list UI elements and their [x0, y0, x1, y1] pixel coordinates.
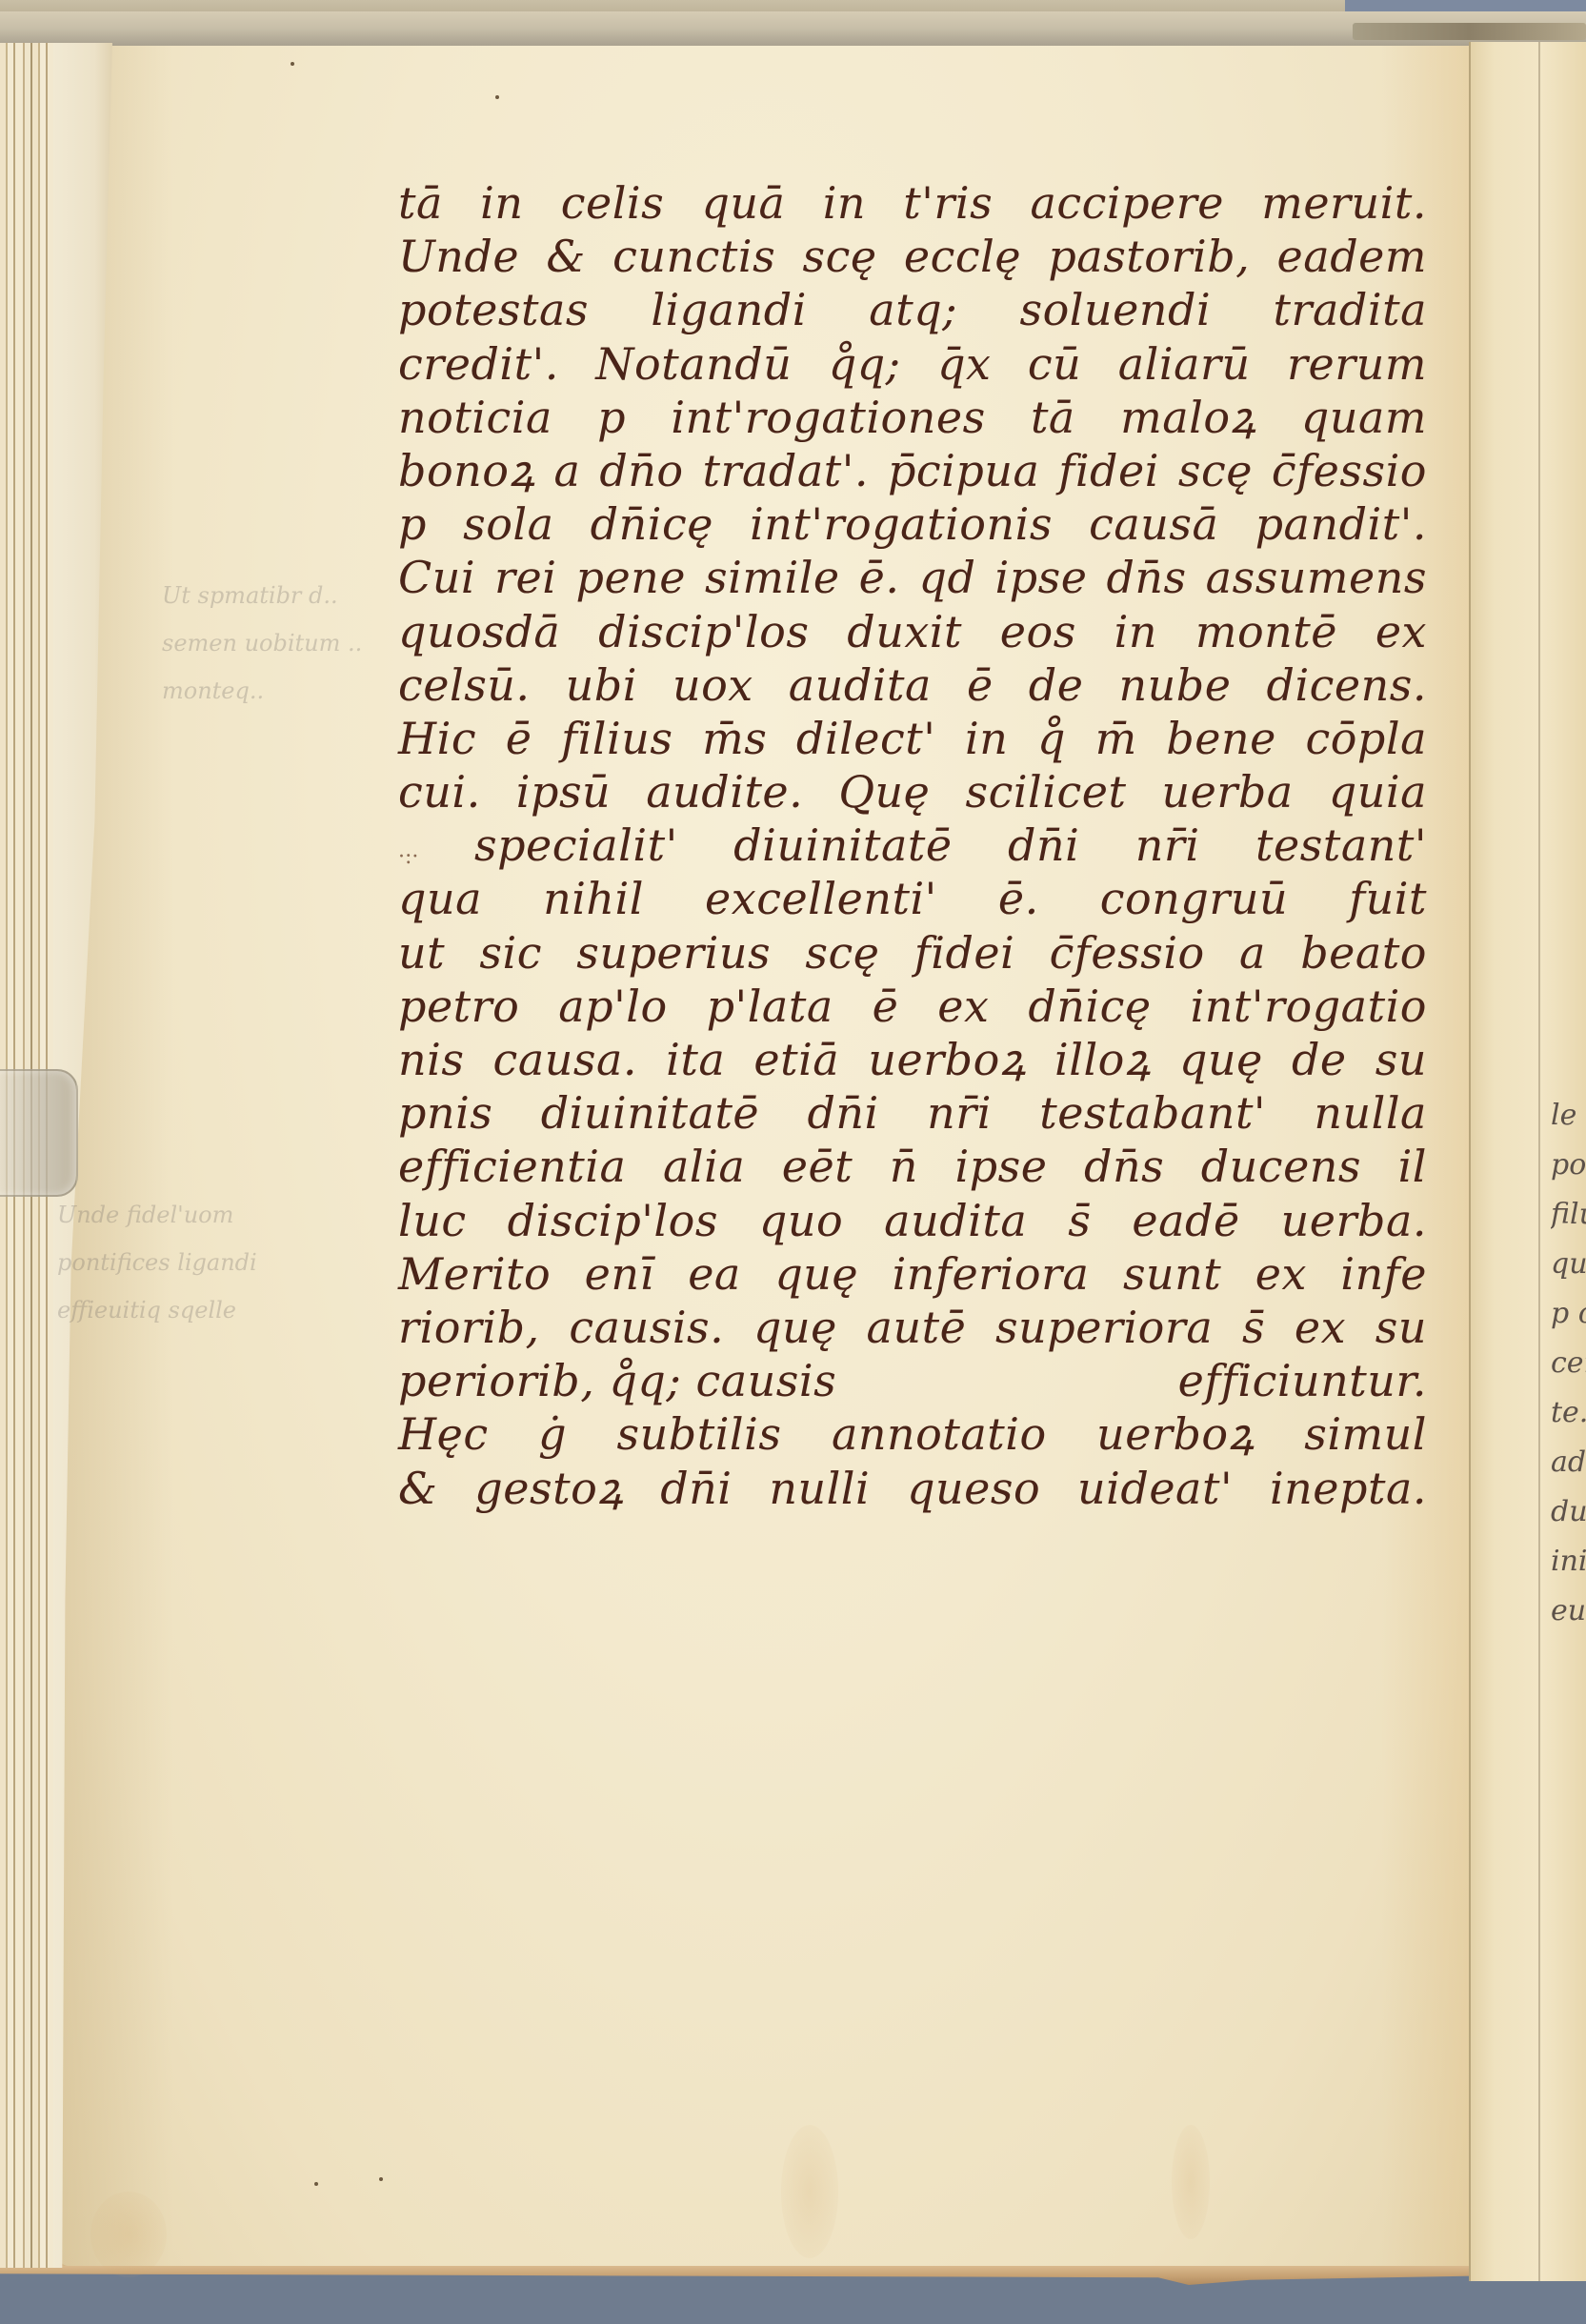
text-line: cui. ipsū audite. Quę scilicet uerba qui… [398, 765, 1427, 818]
show-through-text-top: Ut spmatibr d.. semen uobitum .. monteq.… [162, 572, 362, 715]
text-line-with-erasure: periorib, q̊q; causis efficiuntur. [398, 1354, 1427, 1407]
parchment-spot [495, 95, 499, 99]
text-line: quosdā discip'los duxit eos in montē ex [398, 605, 1427, 658]
facing-page-top-edge [1353, 23, 1586, 40]
text-line: qua nihil excellenti' ē. congruū fuit [398, 872, 1427, 925]
parchment-stain [1172, 2125, 1210, 2239]
text-line: Hic ē filius m̄s dilect' in q̊ m̄ bene c… [398, 712, 1427, 765]
text-line: & gestoꝝ dn̄i nulli queso uideat' inepta… [398, 1462, 1427, 1515]
text-segment: efficiuntur. [1178, 1354, 1427, 1407]
text-line: potestas ligandi atq; soluendi tradita [398, 283, 1427, 336]
text-line: efficientia alia eēt n̄ ipse dn̄s ducens… [398, 1140, 1427, 1193]
parchment-stain [90, 2192, 167, 2277]
parchment-stain [781, 2125, 838, 2258]
text-line: Hęc ġ subtilis annotatio uerboꝝ simul [398, 1407, 1427, 1461]
text-line: ut sic superius scę fidei c̄fessio a bea… [398, 926, 1427, 980]
parchment-spot [379, 2177, 383, 2181]
facing-page-fold [1538, 42, 1540, 2281]
text-line: specialit' diuinitatē dn̄i nr̄i testant' [398, 818, 1427, 872]
text-line: celsū. ubi uox audita ē de nube dicens. [398, 658, 1427, 712]
text-line: Merito enī ea quę inferiora sunt ex infe [398, 1247, 1427, 1301]
show-through-text-mid: Unde fidel'uom pontifices ligandi effieu… [57, 1191, 257, 1334]
text-line: pnis diuinitatē dn̄i nr̄i testabant' nul… [398, 1086, 1427, 1140]
erasure-gap [935, 1354, 1078, 1407]
text-line: tā in celis quā in t'ris accipere meruit… [398, 176, 1427, 230]
text-line: nis causa. ita etiā uerboꝝ illoꝝ quę de … [398, 1033, 1427, 1086]
text-line: credit'. Notandū q̊q; q̄x cū aliarū reru… [398, 337, 1427, 391]
manuscript-text-block: tā in celis quā in t'ris accipere meruit… [398, 176, 1427, 1515]
text-segment: periorib, q̊q; causis [398, 1354, 836, 1407]
text-line: bonoꝝ a dn̄o tradat'. p̄cipua fidei scę … [398, 444, 1427, 497]
parchment-spot [291, 62, 294, 66]
text-line: Unde & cunctis scę ecclę pastorib, eadem [398, 230, 1427, 283]
clasp-icon [0, 1069, 78, 1197]
text-line: Cui rei pene simile ē. qd ipse dn̄s assu… [398, 551, 1427, 604]
text-line: noticia p int'rogationes tā maloꝝ quam [398, 391, 1427, 444]
facing-page-text: le po filu que p ca cens te. a adu duas … [1551, 1091, 1586, 1636]
book-top-edge [0, 11, 1586, 48]
text-line: riorib, causis. quę autē superiora s̄ ex… [398, 1301, 1427, 1354]
text-line: p sola dn̄icę int'rogationis causā pandi… [398, 497, 1427, 551]
parchment-spot [314, 2182, 318, 2186]
text-line: luc discip'los quo audita s̄ eadē uerba. [398, 1194, 1427, 1247]
text-line: petro ap'lo p'lata ē ex dn̄icę int'rogat… [398, 980, 1427, 1033]
